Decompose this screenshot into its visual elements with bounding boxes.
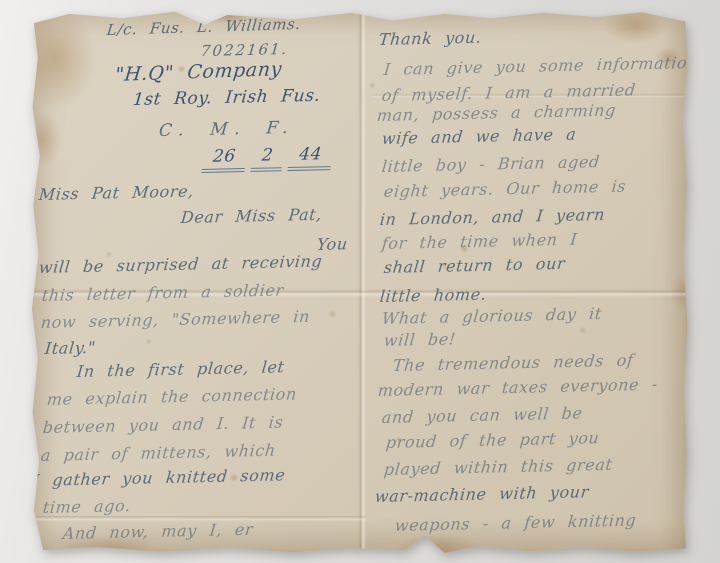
date-year: 44	[288, 144, 333, 171]
regiment-line: 1st Roy. Irish Fus.	[132, 86, 322, 110]
handwritten-line: The tremendous needs of	[392, 350, 634, 375]
salutation-line: Dear Miss Pat,	[180, 205, 323, 227]
handwritten-line: time ago.	[42, 496, 132, 517]
handwritten-line: played within this great	[383, 455, 614, 479]
handwritten-line: in London, and I yearn	[379, 205, 606, 229]
handwritten-line: little home.	[379, 285, 488, 306]
handwritten-line: proud of the part you	[385, 428, 600, 452]
handwritten-line: now serving, "Somewhere in	[40, 307, 311, 332]
handwritten-line: will be surprised at receiving	[38, 252, 323, 277]
handwritten-line: little boy - Brian aged	[381, 152, 601, 176]
recipient-line: Miss Pat Moore,	[38, 181, 195, 204]
date-day: 26	[201, 146, 246, 173]
handwritten-line: me explain the connection	[46, 384, 298, 409]
handwritten-line: What a glorious day it	[381, 304, 603, 328]
handwritten-line: will be!	[383, 329, 457, 350]
photo-background: L/c. Fus. L. Williams. 7022161. "H.Q" Co…	[0, 0, 720, 563]
sender-rank-name: L/c. Fus. L. Williams.	[106, 15, 302, 39]
handwritten-line: modern war taxes everyone -	[377, 375, 659, 400]
handwritten-line: wife and we have a	[381, 125, 577, 148]
handwritten-line: shall return to our	[383, 254, 566, 277]
date-month: 2	[250, 145, 284, 172]
handwritten-line: between you and I. It is	[42, 412, 284, 437]
handwritten-line: eight years. Our home is	[383, 176, 627, 201]
handwritten-line: for the time when I	[381, 230, 578, 253]
letter-paper: L/c. Fus. L. Williams. 7022161. "H.Q" Co…	[30, 9, 688, 554]
handwritten-line: weapons - a few knitting	[394, 510, 637, 535]
handwritten-line: man, possess a charming	[376, 101, 617, 125]
handwritten-line: In the first place, let	[76, 357, 286, 381]
handwritten-line: And now, may I, er	[62, 520, 254, 543]
service-number: 7022161.	[200, 40, 289, 60]
handwritten-line: I can give you some information	[383, 53, 699, 79]
handwritten-line: Italy."	[44, 338, 97, 358]
handwritten-line: a pair of mittens, which	[40, 441, 277, 465]
aged-paper-sheet: L/c. Fus. L. Williams. 7022161. "H.Q" Co…	[30, 9, 688, 554]
date-line: 26244	[202, 144, 339, 167]
handwritten-line: and you can well be	[381, 403, 584, 427]
cmf-line: C. M. F.	[158, 118, 296, 141]
handwritten-line: I gather you knitted some	[32, 465, 286, 490]
vertical-fold-crease	[358, 9, 366, 554]
handwritten-line: war-machine with your	[374, 482, 590, 506]
handwritten-line: Thank you.	[378, 28, 483, 49]
company-line: "H.Q" Company	[114, 58, 283, 86]
handwritten-line: this letter from a soldier	[41, 280, 285, 305]
